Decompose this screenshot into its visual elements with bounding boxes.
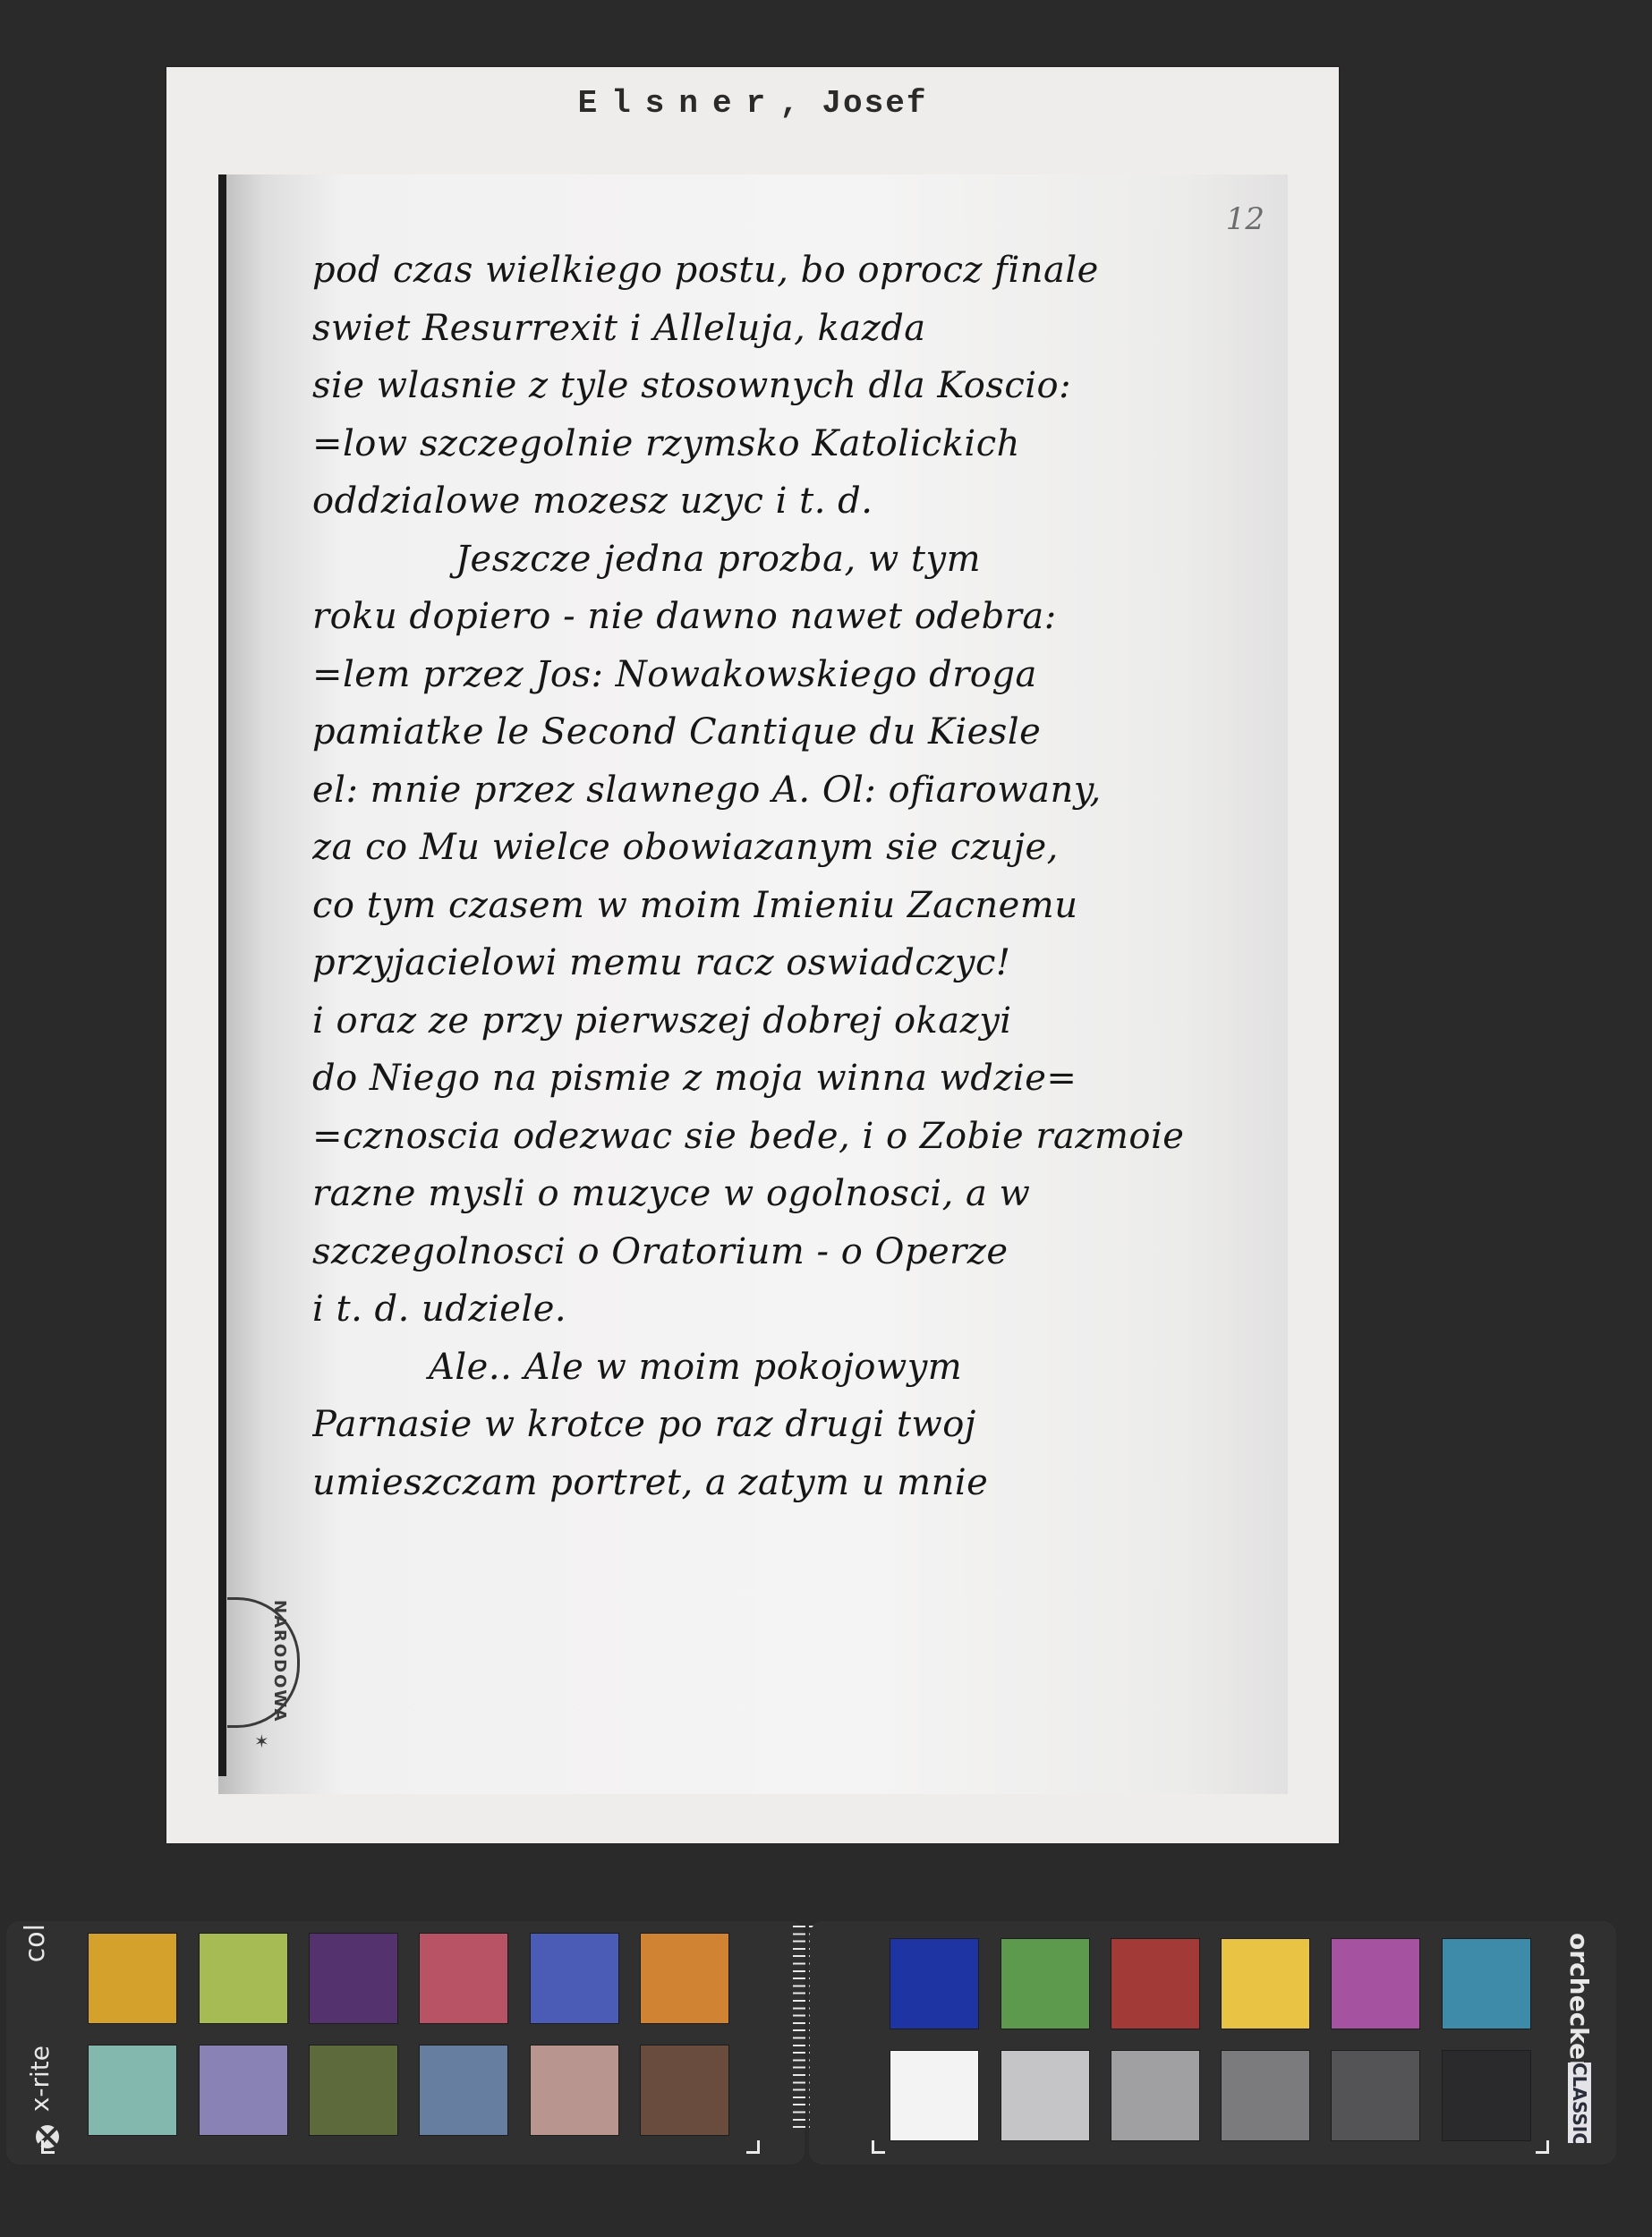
folio-number: 12 [1226, 201, 1265, 237]
color-patch [419, 2045, 508, 2136]
star-icon: ✶ [254, 1731, 269, 1752]
color-patch [199, 1933, 288, 2024]
manuscript-line: el: mnie przez slawnego A. Ol: ofiarowan… [312, 761, 1270, 820]
color-patch [890, 1938, 979, 2029]
manuscript-line: pamiatke le Second Cantique du Kiesle [312, 703, 1270, 761]
color-patch [419, 1933, 508, 2024]
corner-mark-icon [41, 2140, 55, 2154]
manuscript-line: i t. d. udziele. [312, 1280, 1270, 1339]
color-patch [1442, 1938, 1531, 2029]
color-patch [1221, 2050, 1310, 2141]
color-checker-label-left: col [20, 1924, 51, 1962]
color-checker-label-right: orchecker [1564, 1933, 1594, 2072]
color-patch [640, 2045, 729, 2136]
manuscript-line: umieszczam portret, a zatym u mnie [312, 1454, 1270, 1512]
classic-badge: CLASSIC [1568, 2063, 1591, 2143]
manuscript-line: =lem przez Jos: Nowakowskiego droga [312, 646, 1270, 704]
manuscript-line: sie wlasnie z tyle stosownych dla Koscio… [312, 357, 1270, 415]
typed-surname: Elsner [578, 85, 780, 122]
color-patch [1442, 2050, 1531, 2141]
color-patch [1111, 1938, 1200, 2029]
color-patch [309, 1933, 398, 2024]
corner-mark-icon [1536, 2140, 1549, 2154]
color-patch [1331, 2050, 1420, 2141]
color-patch [890, 2050, 979, 2141]
typed-separator: , [779, 85, 801, 122]
manuscript-line: =low szczegolnie rzymsko Katolickich [312, 415, 1270, 473]
color-patch [88, 1933, 177, 2024]
manuscript-line: Parnasie w krotce po raz drugi twoj [312, 1396, 1270, 1454]
manuscript-line: oddzialowe mozesz uzyc i t. d. [312, 472, 1270, 531]
manuscript-page: 12 pod czas wielkiego postu, bo oprocz f… [218, 174, 1288, 1794]
color-patch [1001, 2050, 1090, 2141]
library-stamp: NARODOWA ✶ [227, 1597, 300, 1728]
color-patch [1221, 1938, 1310, 2029]
manuscript-line: przyjacielowi memu racz oswiadczyc! [312, 934, 1270, 992]
color-patch [1111, 2050, 1200, 2141]
typed-given-name: Josef [822, 85, 927, 122]
xrite-brand: x-rite [25, 2046, 55, 2112]
color-patch [530, 2045, 619, 2136]
stamp-text: NARODOWA [270, 1600, 289, 1722]
photo-print: Elsner, Josef 12 pod czas wielkiego post… [166, 67, 1339, 1843]
color-patch [309, 2045, 398, 2136]
manuscript-line: do Niego na pismie z moja winna wdzie= [312, 1050, 1270, 1108]
manuscript-line: razne mysli o muzyce w ogolnosci, a w [312, 1165, 1270, 1223]
manuscript-line: swiet Resurrexit i Alleluja, kazda [312, 300, 1270, 358]
color-patch [530, 1933, 619, 2024]
color-patch [1331, 1938, 1420, 2029]
manuscript-line: szczegolnosci o Oratorium - o Operze [312, 1223, 1270, 1281]
manuscript-line: pod czas wielkiego postu, bo oprocz fina… [312, 242, 1270, 300]
manuscript-text: pod czas wielkiego postu, bo oprocz fina… [312, 242, 1270, 1511]
manuscript-line: Ale.. Ale w moim pokojowym [312, 1339, 1270, 1397]
corner-mark-icon [746, 2140, 760, 2154]
manuscript-line: =cznoscia odezwac sie bede, i o Zobie ra… [312, 1108, 1270, 1166]
manuscript-line: Jeszcze jedna prozba, w tym [312, 531, 1270, 589]
manuscript-line: za co Mu wielce obowiazanym sie czuje, [312, 819, 1270, 877]
manuscript-line: i oraz ze przy pierwszej dobrej okazyi [312, 992, 1270, 1050]
color-patch [199, 2045, 288, 2136]
manuscript-line: roku dopiero - nie dawno nawet odebra: [312, 588, 1270, 646]
color-patch [640, 1933, 729, 2024]
color-patch [1001, 1938, 1090, 2029]
typed-header: Elsner, Josef [166, 85, 1339, 122]
corner-mark-icon [872, 2140, 885, 2154]
color-patch [88, 2045, 177, 2136]
manuscript-line: co tym czasem w moim Imieniu Zacnemu [312, 877, 1270, 935]
